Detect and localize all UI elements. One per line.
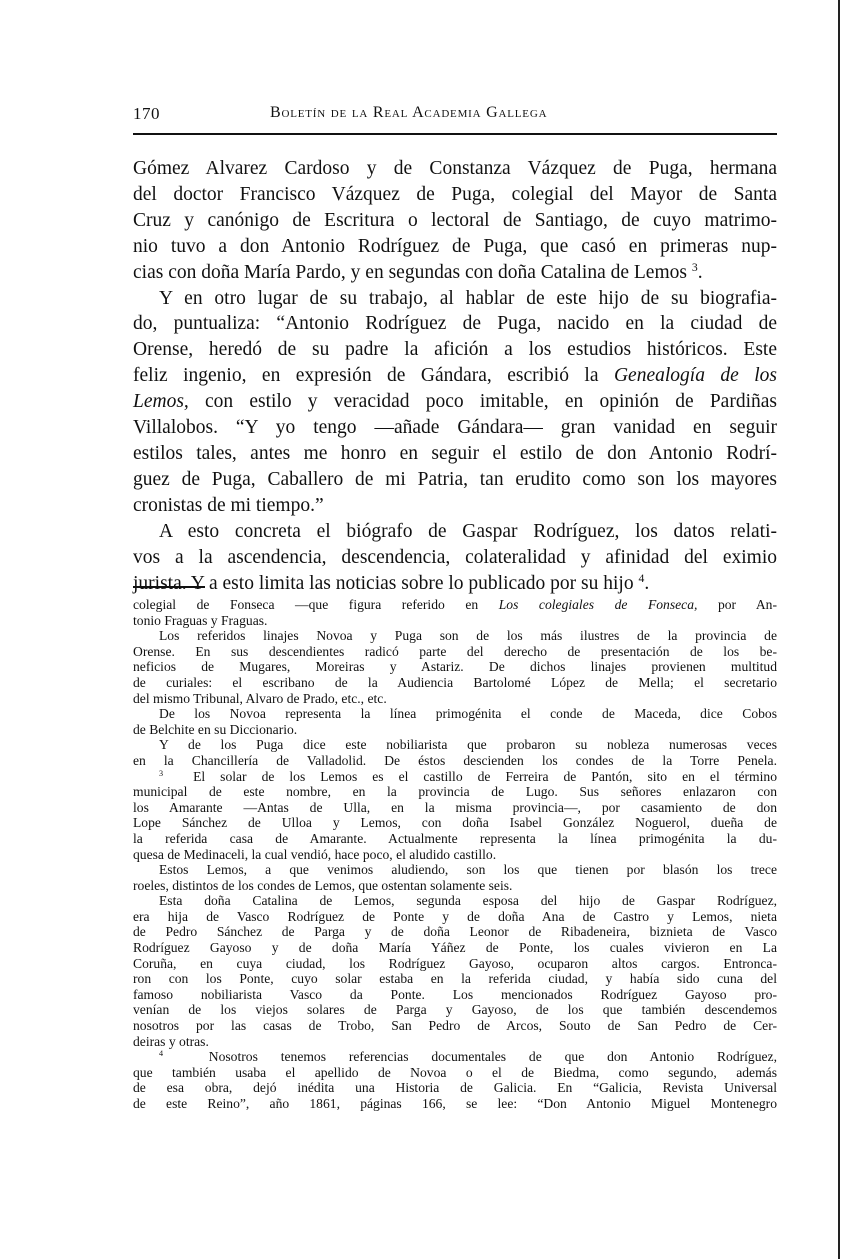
footnote-3: 3 El solar de los Lemos es el castillo d… [133, 769, 777, 785]
text-line: A esto concreta el biógrafo de Gaspar Ro… [133, 519, 777, 545]
scan-edge-line [838, 0, 840, 1259]
text-line: jurista. Y a esto limita las noticias so… [133, 573, 634, 594]
book-title: Lemos, [133, 391, 189, 412]
text-line: cronistas de mi tiempo.” [133, 495, 324, 516]
footnote-marker: 4 [159, 1049, 163, 1058]
text-line: nio tuvo a don Antonio Rodríguez de Puga… [133, 234, 777, 260]
page-header: 170 Boletín de la Real Academia Gallega [133, 104, 777, 128]
text-line: Los referidos linajes Novoa y Puga son d… [133, 628, 777, 644]
body-paragraph-2-end: cronistas de mi tiempo.” [133, 493, 777, 519]
text-line: los Amarante —Antas de Ulla, en la misma… [133, 800, 777, 816]
text-line: tonio Fraguas y Fraguas. [133, 613, 267, 628]
footnote-paragraph-end: de Belchite en su Diccionario. [133, 722, 777, 738]
page-number: 170 [133, 104, 160, 124]
body-paragraph-1: Gómez Alvarez Cardoso y de Constanza Váz… [133, 156, 777, 260]
text-line: do, puntualiza: “Antonio Rodríguez de Pu… [133, 311, 777, 337]
footnote-rule [133, 586, 205, 588]
text-line: deiras y otras. [133, 1034, 209, 1049]
body-paragraph-3-end: jurista. Y a esto limita las noticias so… [133, 571, 777, 597]
text-line: Esta doña Catalina de Lemos, segunda esp… [133, 893, 777, 909]
footnote-4-cont: que también usaba el apellido de Novoa o… [133, 1065, 777, 1112]
footnote-3-end: quesa de Medinaceli, la cual vendió, hac… [133, 847, 777, 863]
body-paragraph-1-end: cias con doña María Pardo, y en segundas… [133, 260, 777, 286]
text-line: Estos Lemos, a que venimos aludiendo, so… [133, 862, 777, 878]
text-line: colegial de Fonseca —que figura referido… [133, 597, 499, 612]
body-paragraph-3: A esto concreta el biógrafo de Gaspar Ro… [133, 519, 777, 545]
footnote-paragraph-cont: Orense. En sus descendientes radicó part… [133, 644, 777, 691]
text-line: venían de los viejos solares de Parga y … [133, 1002, 777, 1018]
text-line: De los Novoa representa la línea primogé… [133, 706, 777, 722]
text-line: Coruña, en cuya ciudad, los Rodríguez Ga… [133, 956, 777, 972]
text-line: Gómez Alvarez Cardoso y de Constanza Váz… [133, 156, 777, 182]
footnote-continuation-end: tonio Fraguas y Fraguas. [133, 613, 777, 629]
book-title: Genealogía de los [614, 365, 777, 386]
body-paragraph-3-cont: vos a la ascendencia, descendencia, cola… [133, 545, 777, 571]
text-line: estilos tales, antes me honro en seguir … [133, 441, 777, 467]
body-text: Gómez Alvarez Cardoso y de Constanza Váz… [133, 156, 777, 596]
text-line: cias con doña María Pardo, y en segundas… [133, 262, 687, 283]
footnote-paragraph: De los Novoa representa la línea primogé… [133, 706, 777, 722]
footnote-paragraph-end: roeles, distintos de los condes de Lemos… [133, 878, 777, 894]
footnote-paragraph: Estos Lemos, a que venimos aludiendo, so… [133, 862, 777, 878]
text-line: de esa obra, dejó inédita una Historia d… [133, 1080, 777, 1096]
text-line: Orense, heredó de su padre la afición a … [133, 337, 777, 363]
footnotes: colegial de Fonseca —que figura referido… [133, 597, 777, 1112]
text-line: en la Chancillería de Valladolid. De ést… [133, 753, 777, 769]
text-line: vos a la ascendencia, descendencia, cola… [133, 545, 777, 571]
text-line: Orense. En sus descendientes radicó part… [133, 644, 777, 660]
book-title: Los colegiales de Fonseca, [499, 597, 698, 612]
text-line: famoso nobiliarista Vasco da Ponte. Los … [133, 987, 777, 1003]
text-line: de curiales: el escribano de la Audienci… [133, 675, 777, 691]
text-line: Nosotros tenemos referencias documentale… [209, 1049, 777, 1064]
text-line: nosotros por las casas de Trobo, San Ped… [133, 1018, 777, 1034]
text-line: por An- [697, 597, 777, 612]
footnote-paragraph-end: del mismo Tribunal, Alvaro de Prado, etc… [133, 691, 777, 707]
text-line: del doctor Francisco Vázquez de Puga, co… [133, 182, 777, 208]
text-line: feliz ingenio, en expresión de Gándara, … [133, 365, 614, 386]
text-line: Villalobos. “Y yo tengo —añade Gándara— … [133, 415, 777, 441]
footnote-4: 4 Nosotros tenemos referencias documenta… [133, 1049, 777, 1065]
footnote-paragraph-end: en la Chancillería de Valladolid. De ést… [133, 753, 777, 769]
body-paragraph-2: Y en otro lugar de su trabajo, al hablar… [133, 286, 777, 312]
text-line: El solar de los Lemos es el castillo de … [193, 769, 777, 784]
text-line: era hija de Vasco Rodríguez de Ponte y d… [133, 909, 777, 925]
footnote-continuation: colegial de Fonseca —que figura referido… [133, 597, 777, 613]
footnote-paragraph: Los referidos linajes Novoa y Puga son d… [133, 628, 777, 644]
footnote-paragraph: Y de los Puga dice este nobiliarista que… [133, 737, 777, 753]
body-paragraph-2-cont: do, puntualiza: “Antonio Rodríguez de Pu… [133, 311, 777, 492]
text-line: Lope Sánchez de Ulloa y Lemos, con doña … [133, 815, 777, 831]
text-line: del mismo Tribunal, Alvaro de Prado, etc… [133, 691, 387, 706]
running-title: Boletín de la Real Academia Gallega [270, 104, 547, 122]
text-line: Rodríguez Gayoso y de doña María Yáñez d… [133, 940, 777, 956]
text-line: Y en otro lugar de su trabajo, al hablar… [133, 286, 777, 312]
text-line: quesa de Medinaceli, la cual vendió, hac… [133, 847, 496, 862]
text-line: municipal de este nombre, en la provinci… [133, 784, 777, 800]
text-line: de Pedro Sánchez de Parga y de doña Leon… [133, 924, 777, 940]
punctuation: . [644, 573, 649, 594]
text-line: ron con los Ponte, cuyo solar estaba en … [133, 971, 777, 987]
punctuation: . [698, 262, 703, 283]
text-line: la referida casa de Amarante. Actualment… [133, 831, 777, 847]
text-line: con estilo y veracidad poco imitable, en… [189, 391, 777, 412]
footnote-3-cont: municipal de este nombre, en la provinci… [133, 784, 777, 846]
text-line: que también usaba el apellido de Novoa o… [133, 1065, 777, 1081]
text-line: de Belchite en su Diccionario. [133, 722, 297, 737]
text-line: Y de los Puga dice este nobiliarista que… [133, 737, 777, 753]
text-line: guez de Puga, Caballero de mi Patria, ta… [133, 467, 777, 493]
text-line: roeles, distintos de los condes de Lemos… [133, 878, 512, 893]
footnote-paragraph-cont: era hija de Vasco Rodríguez de Ponte y d… [133, 909, 777, 1034]
text-line: de este Reino”, año 1861, páginas 166, s… [133, 1096, 777, 1112]
text-line: neficios de Mugares, Moreiras y Astariz.… [133, 659, 777, 675]
footnote-marker: 3 [159, 769, 163, 778]
footnote-paragraph-end: deiras y otras. [133, 1034, 777, 1050]
footnote-paragraph: Esta doña Catalina de Lemos, segunda esp… [133, 893, 777, 909]
text-line: Cruz y canónigo de Escritura o lectoral … [133, 208, 777, 234]
header-rule [133, 133, 777, 135]
